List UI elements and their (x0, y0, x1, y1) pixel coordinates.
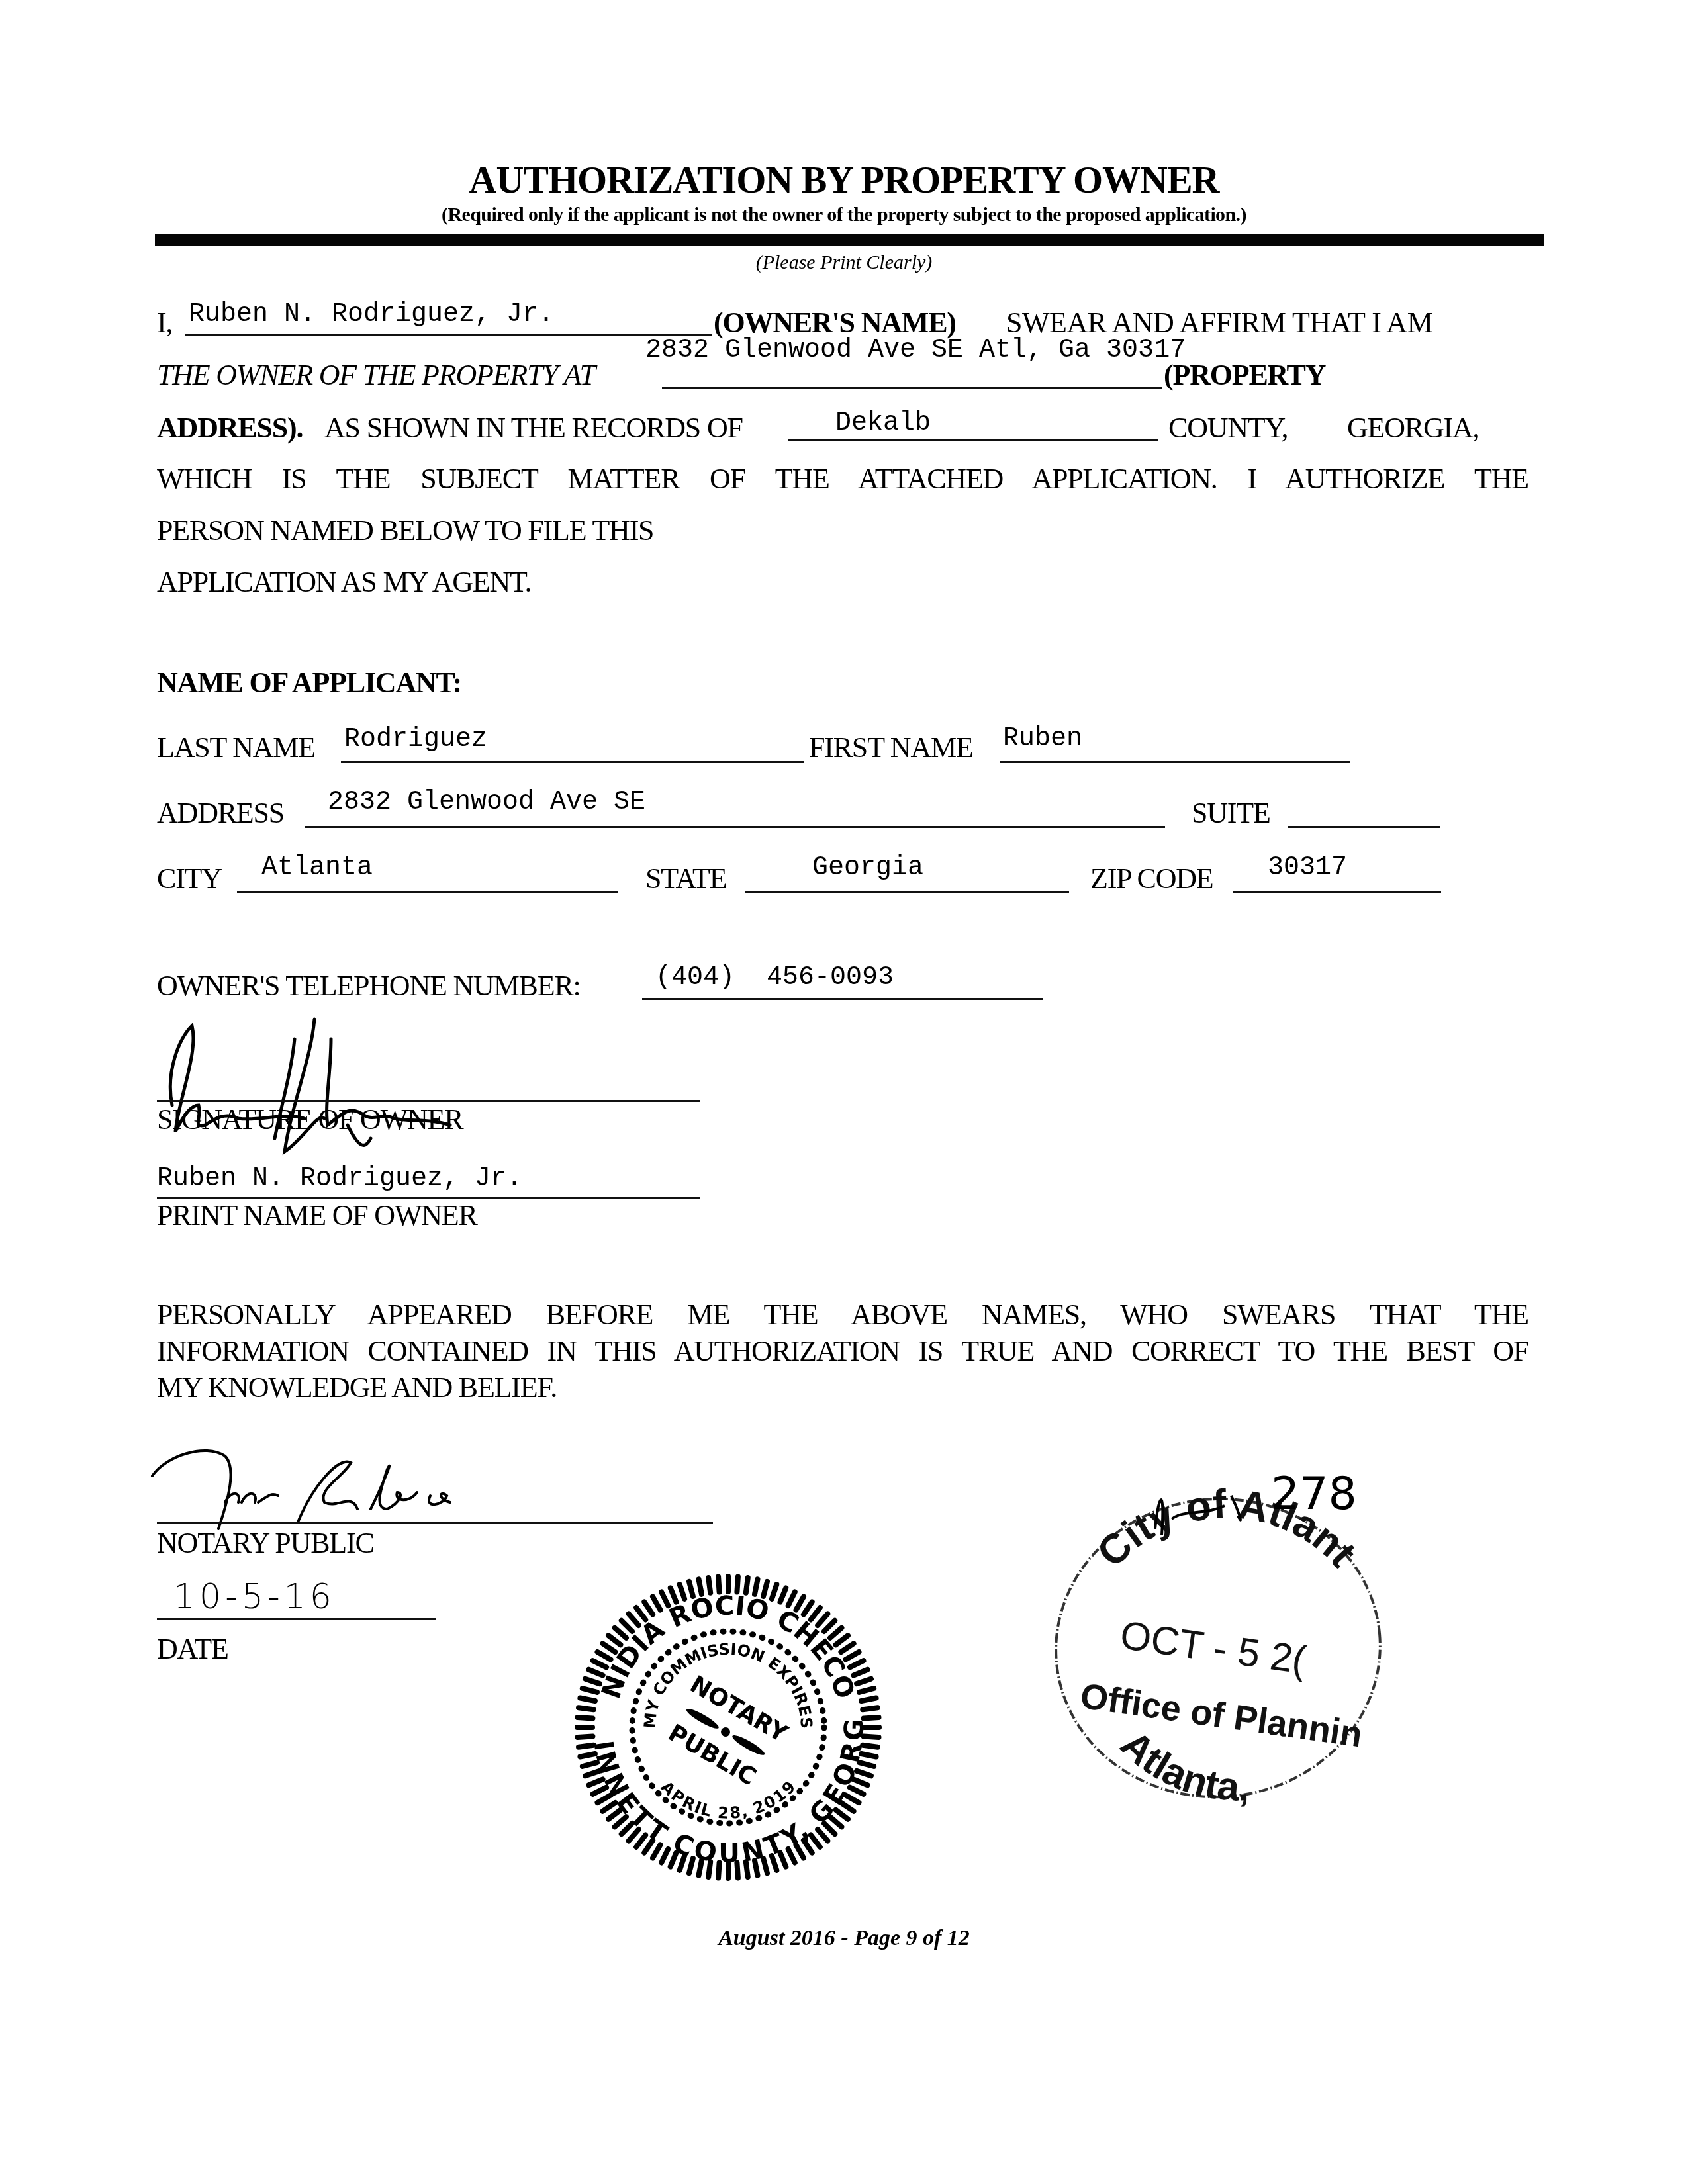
phone-underline (642, 998, 1043, 1000)
state-field[interactable]: Georgia (812, 855, 923, 882)
owner-name-field[interactable]: Ruben N. Rodriguez, Jr. (189, 302, 554, 328)
zip-label: ZIP CODE (1090, 864, 1213, 893)
owner-signature (152, 1013, 616, 1158)
address-label: ADDRESS). (157, 414, 303, 443)
suite-label: SUITE (1192, 799, 1270, 828)
print-name-underline (157, 1197, 700, 1199)
page-subtitle: (Required only if the applicant is not t… (0, 204, 1688, 226)
state-label: STATE (645, 864, 726, 893)
county-field[interactable]: Dekalb (835, 410, 931, 437)
signature-label: SIGNATURE OF OWNER (157, 1105, 463, 1134)
notary-underline (157, 1522, 713, 1524)
property-address-field[interactable]: 2832 Glenwood Ave SE Atl, Ga 30317 (645, 338, 1186, 364)
last-name-underline (341, 761, 804, 763)
state-suffix: GEORGIA, (1347, 414, 1479, 443)
svg-text:APRIL 28, 2019: APRIL 28, 2019 (657, 1778, 800, 1823)
notary-statement-3: MY KNOWLEDGE AND BELIEF. (157, 1373, 557, 1402)
svg-text:278: 278 (1271, 1468, 1357, 1520)
phone-field[interactable]: (404) 456-0093 (655, 965, 894, 991)
applicant-heading: NAME OF APPLICANT: (157, 668, 461, 698)
first-name-underline (1000, 761, 1350, 763)
date-label: DATE (157, 1635, 228, 1664)
records-text: AS SHOWN IN THE RECORDS OF (324, 414, 743, 443)
phone-label: OWNER'S TELEPHONE NUMBER: (157, 972, 581, 1001)
svg-text:PUBLIC: PUBLIC (663, 1719, 761, 1791)
notary-statement-2: INFORMATION CONTAINED IN THIS AUTHORIZAT… (157, 1337, 1528, 1366)
property-label: (PROPERTY (1164, 361, 1325, 390)
notary-signature (126, 1430, 589, 1529)
print-name-field[interactable]: Ruben N. Rodriguez, Jr. (157, 1166, 522, 1193)
city-label: CITY (157, 864, 222, 893)
state-underline (745, 891, 1069, 893)
address-field[interactable]: 2832 Glenwood Ave SE (328, 790, 645, 816)
city-underline (237, 891, 618, 893)
last-name-field[interactable]: Rodriguez (344, 727, 487, 753)
first-name-field[interactable]: Ruben (1003, 726, 1082, 752)
owner-name-label: (OWNER'S NAME) (714, 308, 956, 338)
property-at-label: THE OWNER OF THE PROPERTY AT (157, 361, 595, 390)
date-underline (157, 1618, 436, 1620)
address-field-label: ADDRESS (157, 799, 284, 828)
affirm-line-6: APPLICATION AS MY AGENT. (157, 568, 531, 597)
page-footer: August 2016 - Page 9 of 12 (0, 1926, 1688, 1951)
print-clearly-note: (Please Print Clearly) (0, 251, 1688, 274)
owner-name-underline (185, 334, 712, 336)
svg-text:OCT - 5 2(: OCT - 5 2( (1117, 1613, 1309, 1683)
header-rule (155, 234, 1544, 246)
county-suffix: COUNTY, (1168, 414, 1288, 443)
notary-label: NOTARY PUBLIC (157, 1529, 374, 1558)
page-title: AUTHORIZATION BY PROPERTY OWNER (0, 158, 1688, 202)
signature-underline (157, 1100, 700, 1102)
notary-date-field[interactable]: 10-5-16 (173, 1577, 336, 1617)
address-underline (305, 826, 1165, 828)
county-underline (788, 439, 1158, 441)
notary-seal-icon: NIDIA ROCIO CHECO GWINNETT COUNTY, GEORG… (569, 1569, 887, 1886)
city-field[interactable]: Atlanta (261, 855, 373, 882)
suite-underline (1288, 826, 1440, 828)
city-stamp-icon: City of Atlanta OCT - 5 2( Office of Pla… (1033, 1456, 1403, 1813)
affirm-line-4: WHICH IS THE SUBJECT MATTER OF THE ATTAC… (157, 465, 1528, 494)
last-name-label: LAST NAME (157, 733, 315, 762)
property-address-underline (662, 387, 1162, 389)
svg-text:Office of Plannin: Office of Plannin (1078, 1676, 1364, 1754)
print-name-label: PRINT NAME OF OWNER (157, 1201, 477, 1230)
svg-text:GWINNETT COUNTY, GEORGIA: GWINNETT COUNTY, GEORGIA (587, 1719, 870, 1869)
notary-statement-1: PERSONALLY APPEARED BEFORE ME THE ABOVE … (157, 1300, 1528, 1330)
zip-underline (1233, 891, 1441, 893)
zip-field[interactable]: 30317 (1268, 855, 1347, 882)
affirm-prefix: I, (157, 308, 172, 338)
affirm-line-5: PERSON NAMED BELOW TO FILE THIS (157, 516, 653, 545)
swear-text: SWEAR AND AFFIRM THAT I AM (1006, 308, 1432, 338)
first-name-label: FIRST NAME (809, 733, 973, 762)
